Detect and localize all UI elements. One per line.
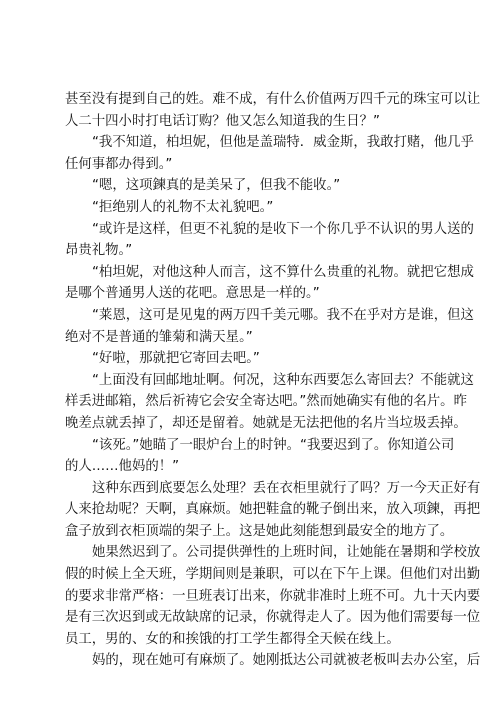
- text-line: 妈的，现在她可有麻烦了。她刚抵达公司就被老板叫去办公室，后: [65, 650, 439, 672]
- text-line: 绝对不是普通的雏菊和满天星。”: [65, 327, 439, 349]
- text-line: “好啦，那就把它寄回去吧。”: [65, 348, 439, 370]
- text-line: 盒子放到衣柜顶端的架子上。这是她此刻能想到最安全的地方了。: [65, 521, 439, 543]
- text-line: 人来抢劫呢？天啊，真麻烦。她把鞋盒的靴子倒出来，放入项鍊，再把: [65, 499, 439, 521]
- text-line: 这种东西到底要怎么处理？丢在衣柜里就行了吗？万一今天正好有: [65, 478, 439, 500]
- text-line: “嗯，这项鍊真的是美呆了，但我不能收。”: [65, 175, 439, 197]
- text-line: “莱恩，这可是见鬼的两万四千美元哪。我不在乎对方是谁，但这: [65, 305, 439, 327]
- text-line: 晚差点就丢掉了，却还是留着。她就是无法把他的名片当垃圾丢掉。: [65, 413, 439, 435]
- text-line: 昂贵礼物。”: [65, 240, 439, 262]
- text-line: 是有三次迟到或无故缺席的记录，你就得走人了。因为他们需要每一位: [65, 607, 439, 629]
- text-line: 假的时候上全天班，学期间则是兼职，可以在下午上课。但他们对出勤: [65, 564, 439, 586]
- text-line: “拒绝别人的礼物不太礼貌吧。”: [65, 197, 439, 219]
- document-page: 甚至没有提到自己的姓。难不成，有什么价值两万四千元的珠宝可以让 人二十四小时打电…: [65, 89, 439, 672]
- text-line: 的要求非常严格：一旦班表订出来，你就非准时上班不可。九十天内要: [65, 586, 439, 608]
- text-line: “或许是这样，但更不礼貌的是收下一个你几乎不认识的男人送的: [65, 219, 439, 241]
- text-line: 人二十四小时打电话订购？他又怎么知道我的生日？”: [65, 111, 439, 133]
- text-line: “柏坦妮，对他这种人而言，这不算什么贵重的礼物。就把它想成: [65, 262, 439, 284]
- text-line: “该死。”她瞄了一眼炉台上的时钟。“我要迟到了。你知道公司: [65, 435, 439, 457]
- text-line: 样丢进邮箱，然后祈祷它会安全寄达吧。”然而她确实有他的名片。昨: [65, 391, 439, 413]
- text-line: “我不知道，柏坦妮，但他是盖瑞特．威金斯，我敢打赌，他几乎: [65, 132, 439, 154]
- text-line: 甚至没有提到自己的姓。难不成，有什么价值两万四千元的珠宝可以让: [65, 89, 439, 111]
- text-line: “上面没有回邮地址啊。何况，这种东西要怎么寄回去？不能就这: [65, 370, 439, 392]
- text-line: 是哪个普通男人送的花吧。意思是一样的。”: [65, 283, 439, 305]
- text-line: 她果然迟到了。公司提供弹性的上班时间，让她能在暑期和学校放: [65, 542, 439, 564]
- text-line: 员工，男的、女的和挨饿的打工学生都得全天候在线上。: [65, 629, 439, 651]
- text-line: 任何事都办得到。”: [65, 154, 439, 176]
- text-line: 的人……他妈的！”: [65, 456, 439, 478]
